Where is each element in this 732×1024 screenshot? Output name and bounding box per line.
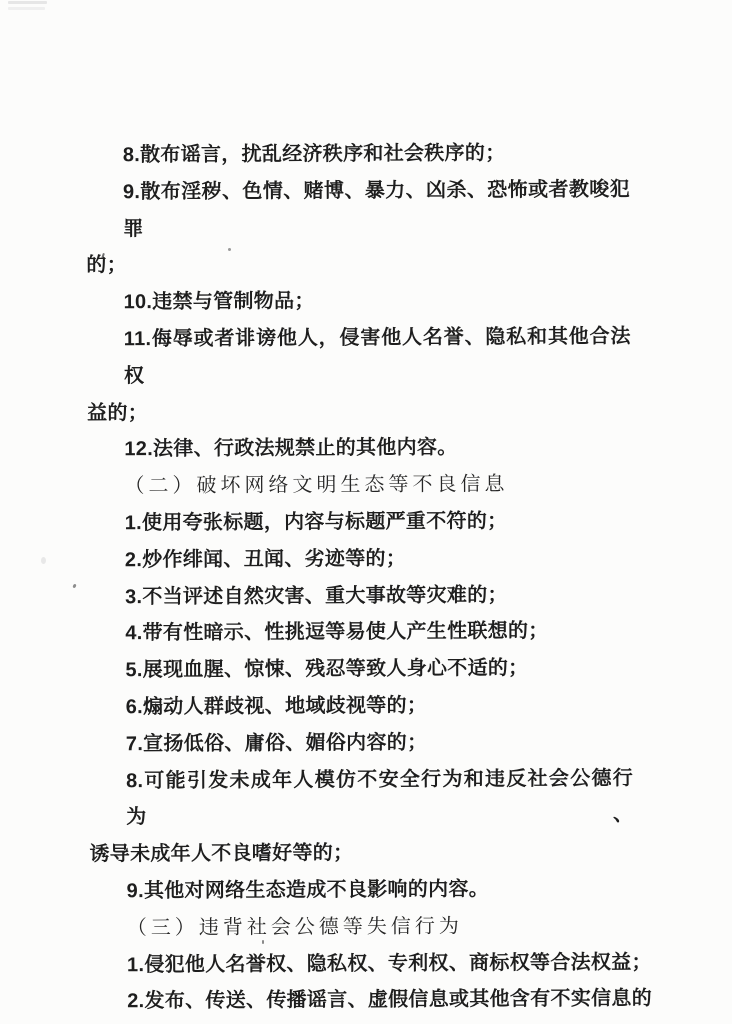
text-line: 2.炒作绯闻、丑闻、劣迹等的； — [88, 539, 632, 579]
text-line: 2.发布、传送、传播谣言、虚假信息或其他含有不实信息的 — [90, 981, 634, 1021]
text-line: 9.散布淫秽、色情、赌博、暴力、凶杀、恐怖或者教唆犯罪 — [86, 171, 630, 247]
text-line: 5.展现血腥、惊悚、残忍等致人身心不适的； — [88, 650, 632, 690]
text-line: 9.其他对网络生态造成不良影响的内容。 — [90, 871, 634, 911]
text-line: 6.煽动人群歧视、地域歧视等的； — [89, 687, 633, 727]
section-heading: （二）破坏网络文明生态等不良信息 — [87, 466, 631, 506]
section-heading: （三）违背社会公德等失信行为 — [90, 907, 634, 947]
text-line: 7.宣扬低俗、庸俗、媚俗内容的； — [89, 723, 633, 763]
document-text-block: 8.散布谣言，扰乱经济秩序和社会秩序的；9.散布淫秽、色情、赌博、暴力、凶杀、恐… — [86, 135, 635, 1021]
text-line: 3.不当评述自然灾害、重大事故等灾难的； — [88, 576, 632, 616]
scan-artifact-topleft-bar — [8, 1, 47, 4]
text-line: 8.散布谣言，扰乱经济秩序和社会秩序的； — [86, 135, 630, 175]
text-line: 1.侵犯他人名誉权、隐私权、专利权、商标权等合法权益； — [90, 944, 634, 984]
text-line: 的； — [86, 245, 630, 285]
text-line: 12.法律、行政法规禁止的其他内容。 — [87, 429, 631, 469]
text-line: 8.可能引发未成年人模仿不安全行为和违反社会公德行为、 — [89, 760, 633, 836]
text-line: 诱导未成年人不良嗜好等的； — [89, 834, 633, 874]
text-line: 1.使用夸张标题，内容与标题严重不符的； — [88, 503, 632, 543]
scanned-document-page: 8.散布谣言，扰乱经济秩序和社会秩序的；9.散布淫秽、色情、赌博、暴力、凶杀、恐… — [0, 0, 732, 1024]
scan-smudge — [41, 557, 46, 564]
text-line: 4.带有性暗示、性挑逗等易使人产生性联想的； — [88, 613, 632, 653]
scan-speckle-dot — [72, 584, 76, 589]
text-line: 11.侮辱或者诽谤他人，侵害他人名誉、隐私和其他合法权 — [87, 319, 631, 395]
text-line: 益的； — [87, 392, 631, 432]
text-line: 10.违禁与管制物品； — [86, 282, 630, 322]
scan-artifact-topleft-bar-2 — [8, 7, 45, 10]
